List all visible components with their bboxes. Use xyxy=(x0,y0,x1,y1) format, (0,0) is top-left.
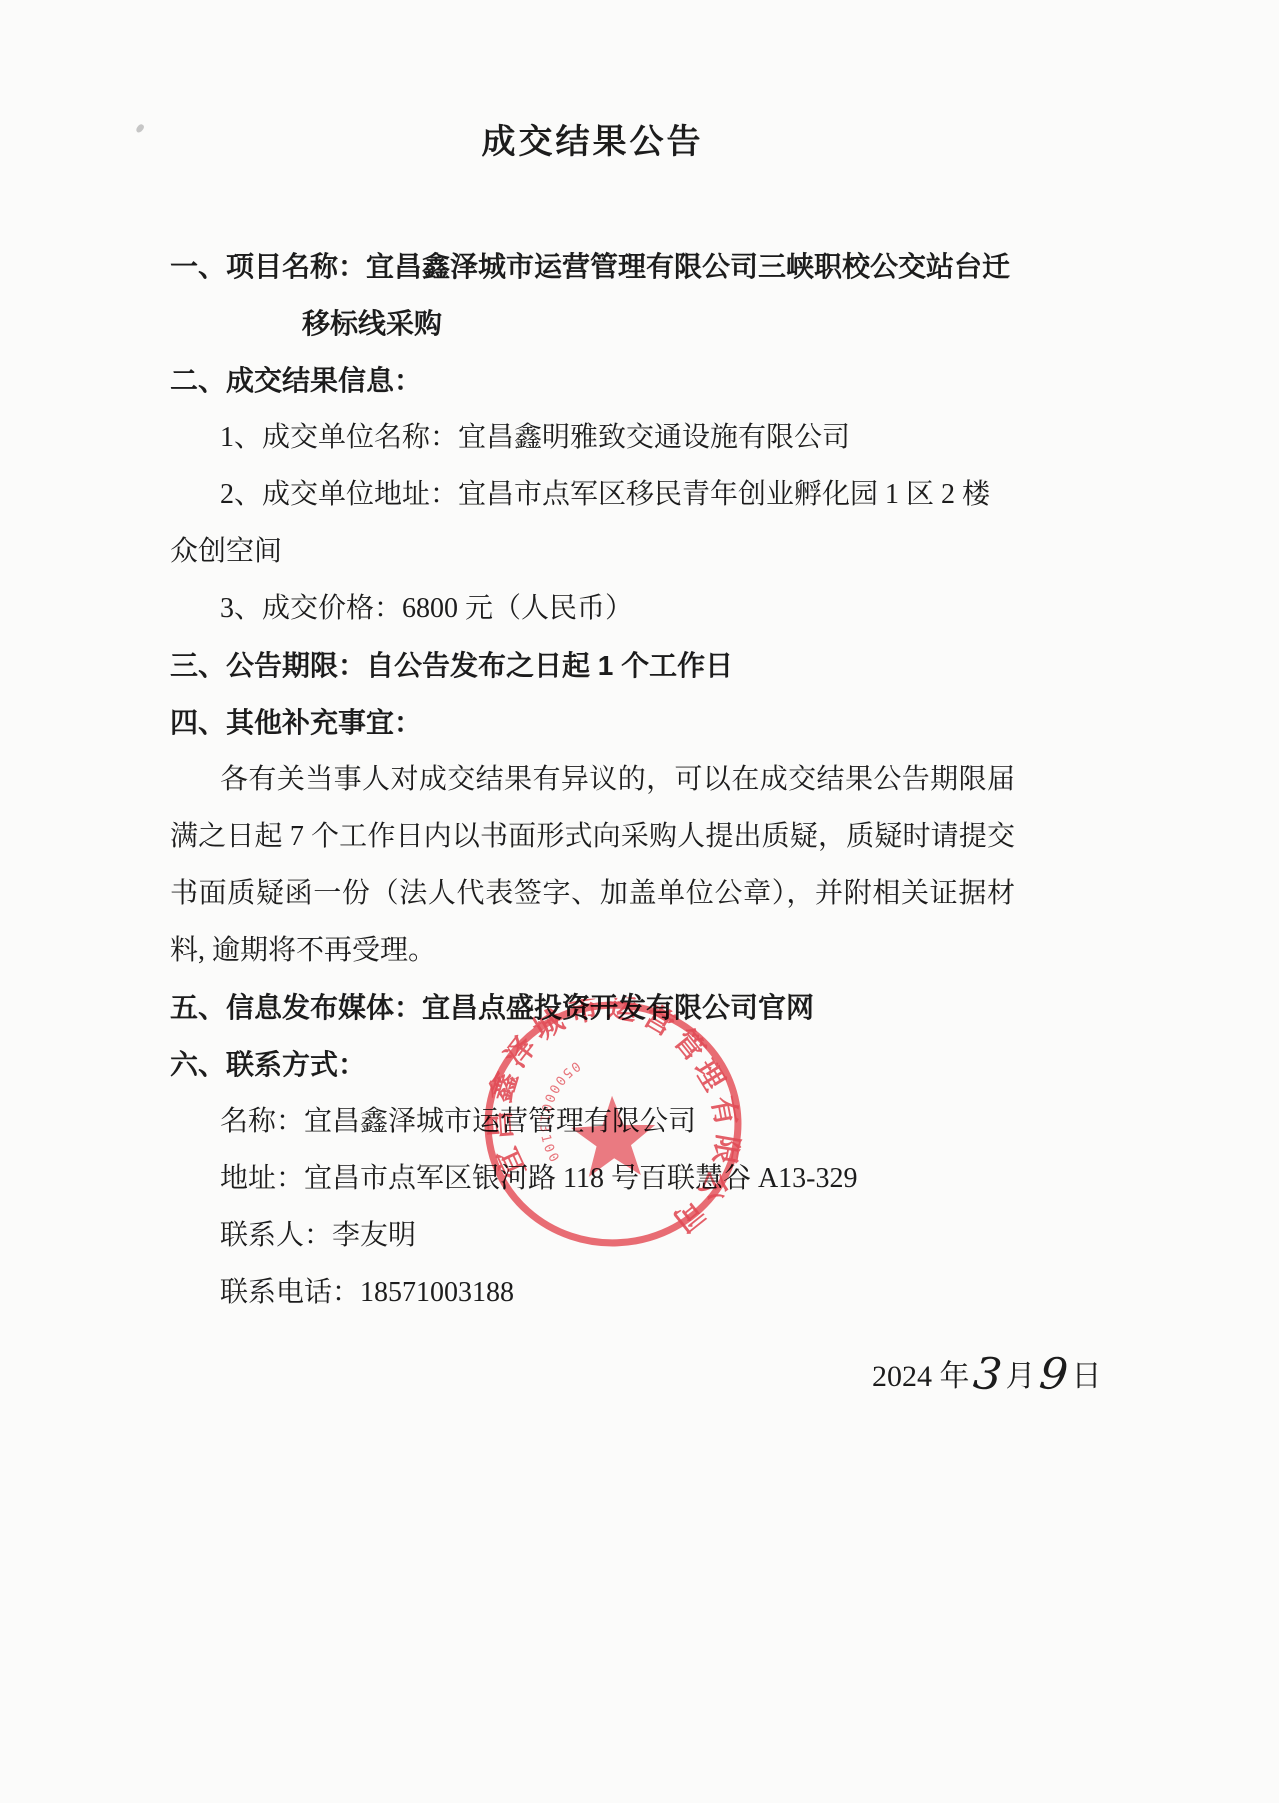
section-1-text: 宜昌鑫泽城市运营管理有限公司三峡职校公交站台迁 xyxy=(366,251,1010,282)
section-3-text: 自公告发布之日起 1 个工作日 xyxy=(366,650,733,681)
line-result-header: 二、成交结果信息： xyxy=(170,352,1015,409)
page-title: 成交结果公告 xyxy=(170,118,1015,166)
line-para-1: 各有关当事人对成交结果有异议的，可以在成交结果公告期限届 xyxy=(170,751,1015,808)
date-month-unit: 月 xyxy=(1006,1360,1036,1393)
date-line: 2024 年3月9日 xyxy=(872,1342,1102,1402)
line-price: 3、成交价格：6800 元（人民币） xyxy=(170,580,1015,637)
line-para-3: 书面质疑函一份（法人代表签字、加盖单位公章），并附相关证据材 xyxy=(170,865,1015,922)
line-winner-address: 2、成交单位地址：宜昌市点军区移民青年创业孵化园 1 区 2 楼 xyxy=(170,466,1015,523)
line-project-name: 一、项目名称：宜昌鑫泽城市运营管理有限公司三峡职校公交站台迁 xyxy=(170,238,1015,295)
section-3-label: 三、公告期限： xyxy=(170,650,366,681)
section-6-label: 六、联系方式： xyxy=(170,1049,366,1080)
scan-speck xyxy=(135,123,145,134)
section-4-label: 四、其他补充事宜： xyxy=(170,707,422,738)
official-seal: 宜昌鑫泽城市运营管理有限公司 05000013100 xyxy=(478,994,749,1255)
section-1-label: 一、项目名称： xyxy=(170,251,366,282)
line-notice-period: 三、公告期限：自公告发布之日起 1 个工作日 xyxy=(170,637,1015,694)
date-month-handwritten: 3 xyxy=(970,1344,1004,1407)
line-contact-phone: 联系电话：18571003188 xyxy=(170,1264,1015,1321)
line-winner-address-cont: 众创空间 xyxy=(170,523,1015,580)
line-supplement-header: 四、其他补充事宜： xyxy=(170,694,1015,751)
line-winner-name: 1、成交单位名称：宜昌鑫明雅致交通设施有限公司 xyxy=(170,409,1015,466)
line-para-4: 料, 逾期将不再受理。 xyxy=(170,922,1015,979)
line-project-name-cont: 移标线采购 xyxy=(170,295,1015,352)
section-5-label: 五、信息发布媒体： xyxy=(170,992,422,1023)
date-year: 2024 年 xyxy=(872,1360,970,1393)
date-day-unit: 日 xyxy=(1072,1360,1102,1393)
line-para-2: 满之日起 7 个工作日内以书面形式向采购人提出质疑，质疑时请提交 xyxy=(170,808,1015,865)
announcement-page: 成交结果公告 一、项目名称：宜昌鑫泽城市运营管理有限公司三峡职校公交站台迁 移标… xyxy=(0,0,1279,1803)
section-2-label: 二、成交结果信息： xyxy=(170,365,422,396)
star-icon xyxy=(570,1094,657,1177)
date-day-handwritten: 9 xyxy=(1036,1344,1070,1407)
seal-code-arc: 05000013100 xyxy=(534,1057,586,1168)
